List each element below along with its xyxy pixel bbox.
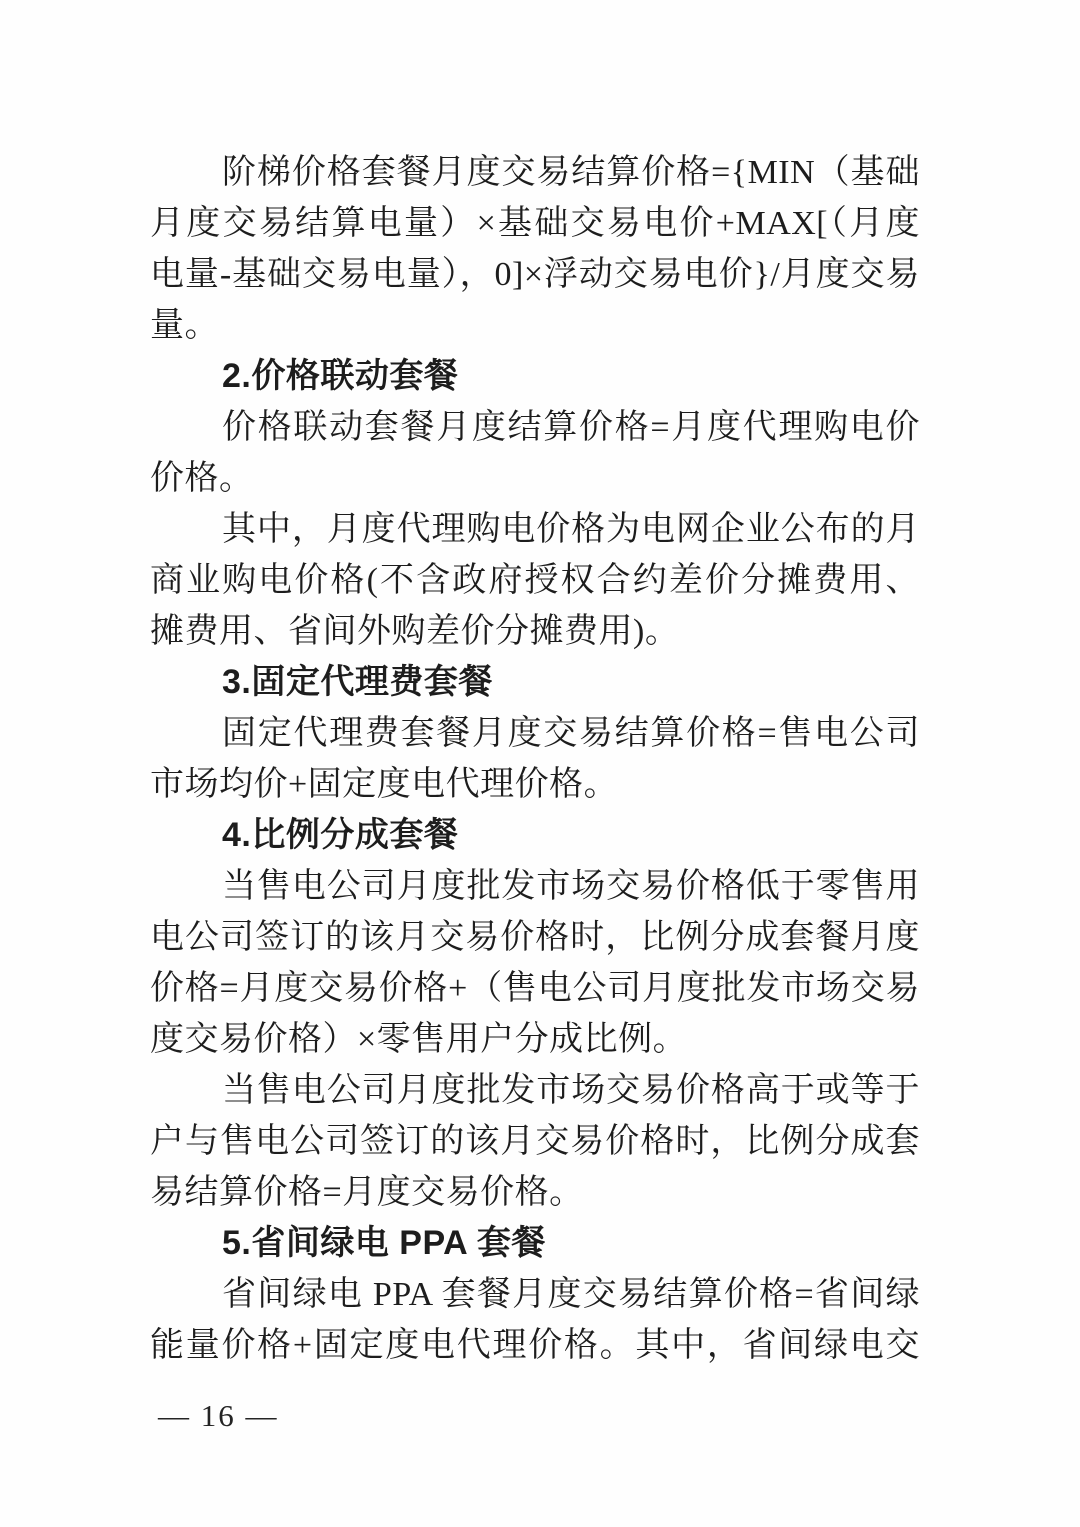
paragraph-line: 电量-基础交易电量），0]×浮动交易电价}/月度交易结算电 [150, 249, 920, 300]
paragraph-line: 量。 [150, 300, 920, 351]
paragraph-line: 省间绿电 PPA 套餐月度交易结算价格=省间绿电交易电 [150, 1269, 920, 1320]
section-heading-fixed-agency-fee-package: 3.固定代理费套餐 [150, 657, 920, 708]
document-page: 阶梯价格套餐月度交易结算价格={MIN（基础交易电量， 月度交易结算电量）×基础… [0, 0, 1080, 1527]
section-heading-proportional-sharing-package: 4.比例分成套餐 [150, 810, 920, 861]
paragraph-line: 摊费用、省间外购差价分摊费用)。 [150, 606, 920, 657]
paragraph-line: 户与售电公司签订的该月交易价格时，比例分成套餐月度交 [150, 1116, 920, 1167]
document-body: 阶梯价格套餐月度交易结算价格={MIN（基础交易电量， 月度交易结算电量）×基础… [150, 147, 920, 1371]
paragraph-line: 固定代理费套餐月度交易结算价格=售电公司月度批发 [150, 708, 920, 759]
paragraph-line: 当售电公司月度批发市场交易价格低于零售用户与售 [150, 861, 920, 912]
paragraph-line: 市场均价+固定度电代理价格。 [150, 759, 920, 810]
paragraph-line: 阶梯价格套餐月度交易结算价格={MIN（基础交易电量， [150, 147, 920, 198]
paragraph-line: 月度交易结算电量）×基础交易电价+MAX[（月度交易结算 [150, 198, 920, 249]
paragraph-line: 能量价格+固定度电代理价格。其中，省间绿电交易电能量 [150, 1320, 920, 1371]
paragraph-line: 价格联动套餐月度结算价格=月度代理购电价格-下浮 [150, 402, 920, 453]
paragraph-line: 度交易价格）×零售用户分成比例。 [150, 1014, 920, 1065]
section-heading-price-linkage-package: 2.价格联动套餐 [150, 351, 920, 402]
paragraph-line: 易结算价格=月度交易价格。 [150, 1167, 920, 1218]
page-number: — 16 — [158, 1395, 279, 1437]
paragraph-line: 电公司签订的该月交易价格时，比例分成套餐月度交易结算 [150, 912, 920, 963]
paragraph-line: 价格=月度交易价格+（售电公司月度批发市场交易均价-月 [150, 963, 920, 1014]
paragraph-line: 价格。 [150, 453, 920, 504]
section-heading-interprovincial-green-power-ppa-package: 5.省间绿电 PPA 套餐 [150, 1218, 920, 1269]
paragraph-line: 其中，月度代理购电价格为电网企业公布的月度代理工 [150, 504, 920, 555]
paragraph-line: 当售电公司月度批发市场交易价格高于或等于零售用 [150, 1065, 920, 1116]
paragraph-line: 商业购电价格(不含政府授权合约差价分摊费用、燃机差价分 [150, 555, 920, 606]
